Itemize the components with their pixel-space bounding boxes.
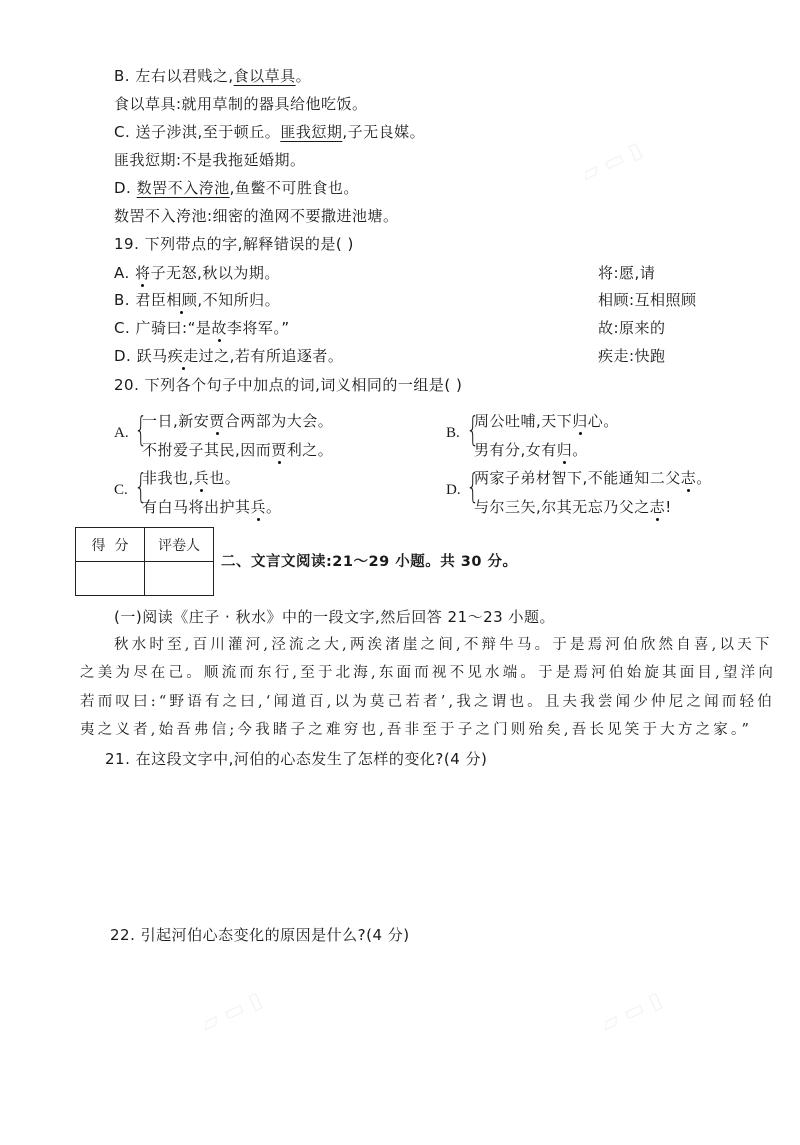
q19-option-b: B. 君臣相顾,不知所归。: [114, 290, 280, 310]
dotted-word: 归: [557, 441, 573, 459]
option-label: D.: [114, 179, 131, 197]
option-text: !: [665, 498, 672, 516]
passage-line: 夷之义者,始吾弗信;今我睹子之难穷也,吾非至于子之门则殆矣,吾长见笑于大方之家。…: [80, 720, 752, 740]
option-text: 有白马将出护其: [142, 498, 251, 516]
prev-option-c: C. 送子涉淇,至于顿丘。匪我愆期,子无良媒。: [114, 122, 425, 142]
option-text: ,鱼鳖不可胜食也。: [230, 179, 359, 197]
q20-option-c-line2: 有白马将出护其兵。: [142, 497, 282, 517]
watermark: ▱ ▭ ▯: [578, 138, 646, 188]
option-label: C.: [114, 319, 130, 337]
prev-option-c-explain: 匪我愆期:不是我拖延婚期。: [114, 150, 306, 170]
q19-explain-c: 故:原来的: [598, 318, 666, 338]
q20-option-b-label: B.: [446, 425, 460, 442]
section-title: 二、文言文阅读:21～29 小题。共 30 分。: [221, 552, 517, 572]
dotted-word: 志: [681, 469, 697, 487]
q19-option-a: A. 将子无怒,秋以为期。: [114, 263, 280, 283]
q19-option-c: C. 广骑曰:“是故李将军。”: [114, 318, 290, 338]
option-label: C.: [114, 123, 130, 141]
q21-text: 21. 在这段文字中,河伯的心态发生了怎样的变化?(4 分): [105, 749, 487, 769]
option-text: 左右以君贱之,: [135, 67, 233, 85]
q19-stem: 19. 下列带点的字,解释错误的是( ): [114, 234, 354, 254]
option-text: 子无怒,秋以为期。: [151, 264, 280, 282]
option-text: 不拊爱子其民,因而: [142, 441, 271, 459]
dotted-word: 相顾: [166, 291, 197, 309]
q19-explain-a: 将:愿,请: [598, 263, 655, 283]
option-text: 周公吐哺,天下: [474, 412, 572, 430]
dotted-word: 归: [572, 412, 588, 430]
q19-explain-d: 疾走:快跑: [598, 346, 666, 366]
prev-option-d: D. 数罟不入洿池,鱼鳖不可胜食也。: [114, 178, 359, 198]
dotted-word: 志: [650, 498, 666, 516]
q22-text: 22. 引起河伯心态变化的原因是什么?(4 分): [110, 925, 410, 945]
option-text: 跃马: [137, 347, 168, 365]
option-text: 男有分,女有: [474, 441, 557, 459]
option-text: 利之。: [287, 441, 334, 459]
option-label: B.: [114, 291, 130, 309]
q20-option-a-label: A.: [114, 425, 129, 442]
option-text: 两家子弟材智下,不能通知二父: [474, 469, 681, 487]
q20-stem: 20. 下列各个句子中加点的词,词义相同的一组是( ): [114, 375, 462, 395]
q20-option-c-label: C.: [114, 482, 128, 499]
option-text: 非我也,: [142, 469, 194, 487]
q20-option-b-line2: 男有分,女有归。: [474, 440, 588, 460]
prev-option-d-explain: 数罟不入洿池:细密的渔网不要撒进池塘。: [114, 206, 399, 226]
option-text: 送子涉淇,至于顿丘。: [136, 123, 281, 141]
passage-line: 若而叹曰:“野语有之曰,‘闻道百,以为莫己若者’,我之谓也。且夫我尝闻少仲尼之闻…: [80, 692, 775, 712]
option-label: A.: [114, 264, 130, 282]
q20-option-a-line2: 不拊爱子其民,因而贾利之。: [142, 440, 333, 460]
underlined-phrase: 匪我愆期: [280, 123, 342, 141]
option-text: 君臣: [135, 291, 166, 309]
prev-option-b: B. 左右以君贱之,食以草具。: [114, 66, 311, 86]
option-text: 过之,若有所追逐者。: [199, 347, 344, 365]
q19-option-d: D. 跃马疾走过之,若有所追逐者。: [114, 346, 343, 366]
passage-line: 秋水时至,百川灌河,泾流之大,两涘渚崖之间,不辩牛马。于是焉河伯欣然自喜,以天下: [114, 635, 773, 655]
option-text: 。: [696, 469, 712, 487]
q20-option-d-line2: 与尔三矢,尔其无忘乃父之志!: [474, 497, 672, 517]
q20-option-b-line1: 周公吐哺,天下归心。: [474, 411, 619, 431]
q21-answer-area[interactable]: [105, 775, 765, 905]
score-cell[interactable]: [76, 562, 145, 596]
q20-option-a-line1: 一日,新安贾合两部为大会。: [142, 411, 333, 431]
prev-option-b-explain: 食以草具:就用草制的器具给他吃饭。: [114, 94, 368, 114]
option-text: 也。: [209, 469, 240, 487]
option-text: 。: [572, 441, 588, 459]
option-text: 与尔三矢,尔其无忘乃父之: [474, 498, 650, 516]
passage-line: 之美为尽在己。顺流而东行,至于北海,东面而视不见水端。于是焉河伯始旋其面目,望洋…: [80, 663, 776, 683]
q22-answer-area[interactable]: [105, 955, 765, 1125]
dotted-word: 贾: [209, 412, 225, 430]
dotted-word: 兵: [251, 498, 267, 516]
option-text: 合两部为大会。: [225, 412, 334, 430]
score-header: 得 分: [76, 528, 145, 562]
q19-explain-b: 相顾:互相照顾: [598, 290, 697, 310]
passage-intro: (一)阅读《庄子 · 秋水》中的一段文字,然后回答 21～23 小题。: [114, 607, 555, 627]
option-text: 李将军。”: [227, 319, 290, 337]
option-text: 。: [296, 67, 312, 85]
underlined-phrase: 数罟不入洿池: [137, 179, 230, 197]
option-text: 。: [266, 498, 282, 516]
option-label: B.: [114, 67, 130, 85]
dotted-word: 兵: [194, 469, 210, 487]
underlined-phrase: 食以草具: [234, 67, 296, 85]
q20-option-d-label: D.: [446, 482, 461, 499]
grader-header: 评卷人: [145, 528, 214, 562]
option-text: ,子无良媒。: [342, 123, 425, 141]
q20-option-c-line1: 非我也,兵也。: [142, 468, 240, 488]
score-table: 得 分 评卷人: [75, 527, 214, 596]
dotted-word: 故: [211, 319, 227, 337]
dotted-word: 疾走: [168, 347, 199, 365]
option-text: ,不知所归。: [197, 291, 280, 309]
option-text: 一日,新安: [142, 412, 209, 430]
dotted-word: 将: [135, 264, 151, 282]
option-label: D.: [114, 347, 131, 365]
dotted-word: 贾: [271, 441, 287, 459]
option-text: 广骑曰:“是: [136, 319, 212, 337]
q20-option-d-line1: 两家子弟材智下,不能通知二父志。: [474, 468, 712, 488]
option-text: 心。: [588, 412, 619, 430]
grader-cell[interactable]: [145, 562, 214, 596]
